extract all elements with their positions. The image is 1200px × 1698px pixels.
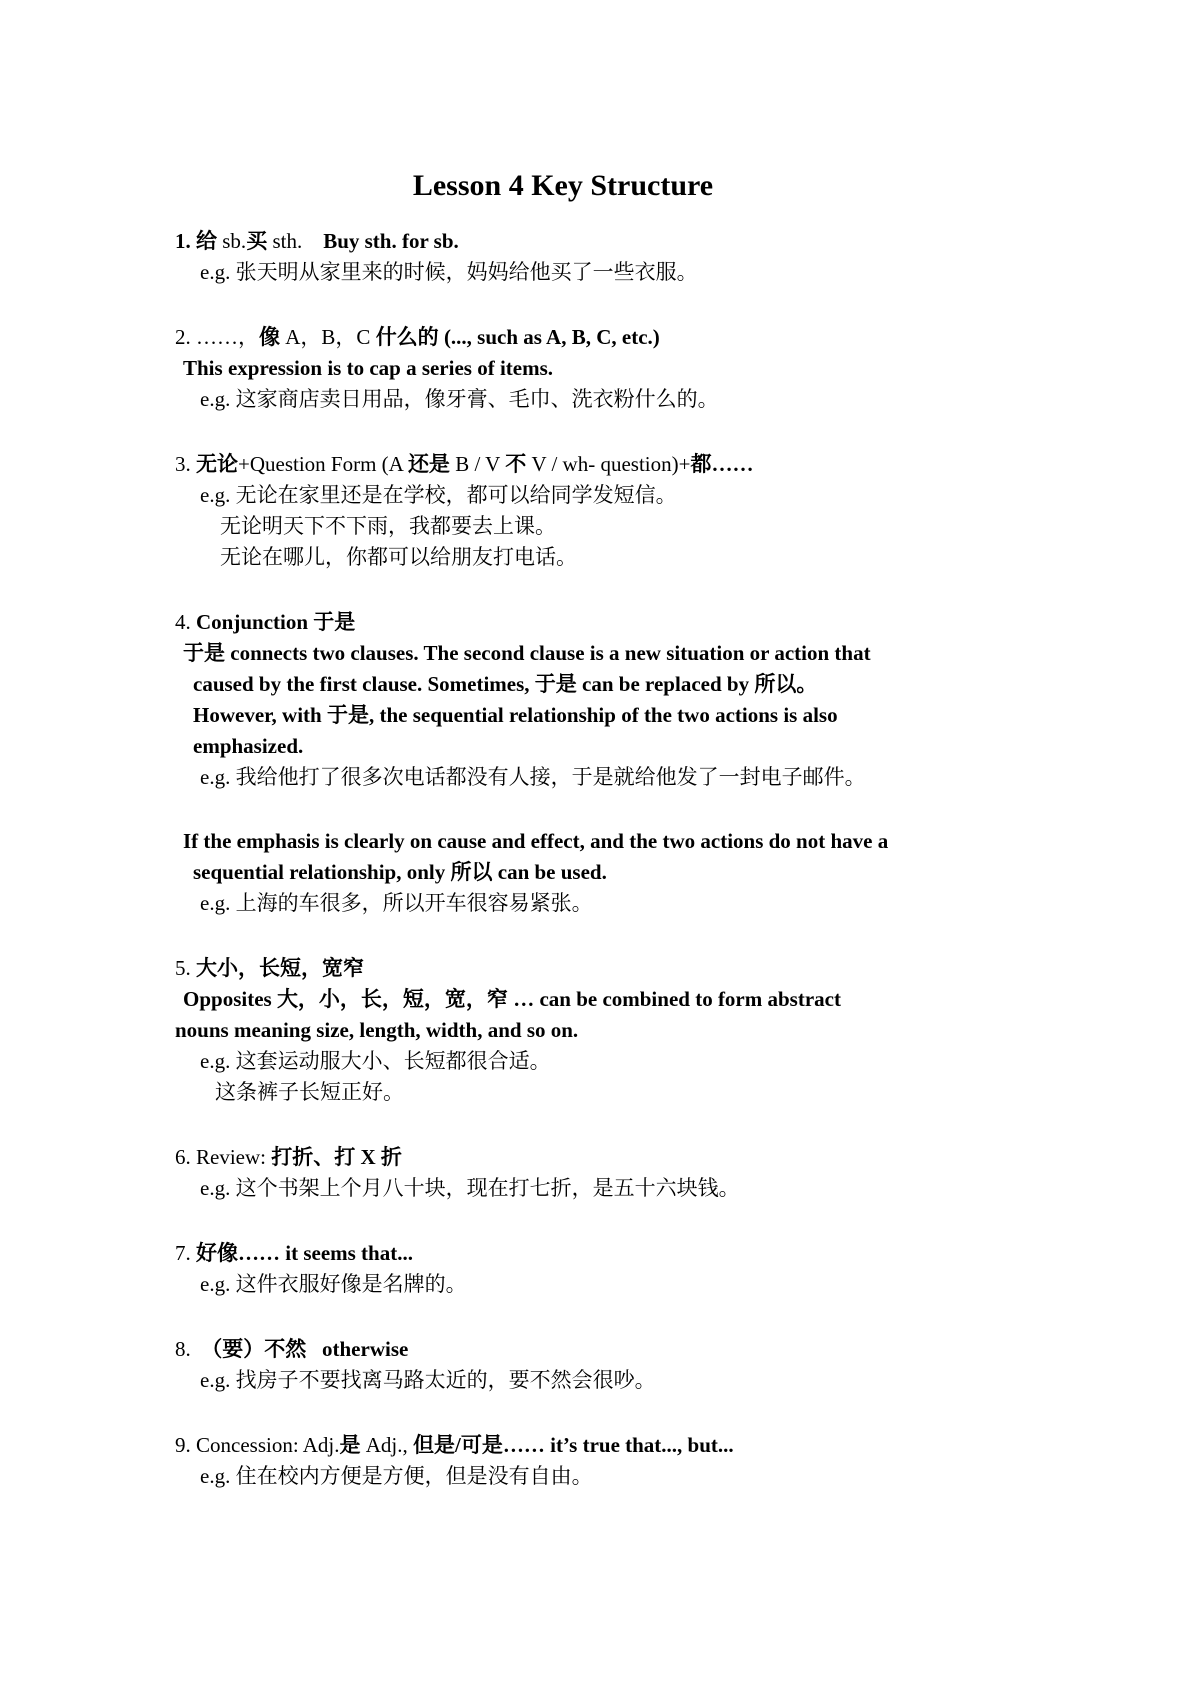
text-run: 都…… <box>690 452 753 476</box>
text-run: 6. Review: <box>175 1145 271 1169</box>
text-run: 大，小，长，短，宽，窄 <box>277 987 508 1011</box>
section-7-heading-line-1: 7. 好像…… it seems that... <box>175 1238 1140 1269</box>
text-run: +Question Form (A <box>238 452 408 476</box>
section-5-explanation-line-2: Opposites 大，小，长，短，宽，窄 … can be combined … <box>175 984 1140 1015</box>
section-2-heading-line-1: 2. ……，像 A，B，C 什么的 (..., such as A, B, C,… <box>175 322 1140 353</box>
section-1: 1. 给 sb.买 sth. Buy sth. for sb.e.g. 张天明从… <box>175 226 1140 288</box>
text-run: However, with <box>193 703 327 727</box>
section-7: 7. 好像…… it seems that...e.g. 这件衣服好像是名牌的。 <box>175 1238 1140 1300</box>
text-run: 无论明天下不下雨，我都要去上课。 <box>220 514 556 538</box>
text-run: e.g. 我给他打了很多次电话都没有人接，于是就给他发了一封电子邮件。 <box>200 765 866 789</box>
text-run: 于是 <box>535 672 577 696</box>
section-9-example-line-2: e.g. 住在校内方便是方便，但是没有自由。 <box>175 1461 1140 1492</box>
page-title: Lesson 4 Key Structure <box>113 168 1013 204</box>
text-run: 这条裤子长短正好。 <box>215 1080 404 1104</box>
text-run: 大小，长短，宽窄 <box>196 956 364 980</box>
text-run: connects two clauses. The second clause … <box>225 641 871 665</box>
text-run: e.g. 张天明从家里来的时候，妈妈给他买了一些衣服。 <box>200 260 698 284</box>
text-run: 无论 <box>196 452 238 476</box>
text-run: 于是 <box>327 703 369 727</box>
text-run: … can be combined to form abstract <box>508 987 841 1011</box>
section-8-example-line-2: e.g. 找房子不要找离马路太近的，要不然会很吵。 <box>175 1365 1140 1396</box>
section-4-example-line-6: e.g. 我给他打了很多次电话都没有人接，于是就给他发了一封电子邮件。 <box>175 762 1140 793</box>
text-run: (..., such as A, B, C, etc.) <box>439 325 660 349</box>
text-run: Adj., <box>361 1433 414 1457</box>
text-run: 不 <box>505 452 526 476</box>
section-8: 8. （要）不然 otherwisee.g. 找房子不要找离马路太近的，要不然会… <box>175 1334 1140 1396</box>
section-3-example-line-4: 无论在哪儿，你都可以给朋友打电话。 <box>175 542 1140 573</box>
text-run: V / wh- question)+ <box>526 452 690 476</box>
text-run: emphasized. <box>193 734 303 758</box>
section-6-example-line-2: e.g. 这个书架上个月八十块，现在打七折，是五十六块钱。 <box>175 1173 1140 1204</box>
section-5-example-line-4: e.g. 这套运动服大小、长短都很合适。 <box>175 1046 1140 1077</box>
section-4-explanation-line-4: However, with 于是, the sequential relatio… <box>175 700 1140 731</box>
section-4-explanation-line-8: sequential relationship, only 所以 can be … <box>175 857 1140 888</box>
text-run: 9. Concession: Adj. <box>175 1433 340 1457</box>
section-3-heading-line-1: 3. 无论+Question Form (A 还是 B / V 不 V / wh… <box>175 449 1140 480</box>
text-run: 是 <box>340 1433 361 1457</box>
text-run: 所以 <box>451 860 493 884</box>
section-4-heading-line-1: 4. Conjunction 于是 <box>175 607 1140 638</box>
text-run: 3. <box>175 452 196 476</box>
text-run: This expression is to cap a series of it… <box>183 356 553 380</box>
section-6-heading-line-1: 6. Review: 打折、打 X 折 <box>175 1142 1140 1173</box>
text-run: 2. ……， <box>175 325 259 349</box>
text-run: e.g. 无论在家里还是在学校，都可以给同学发短信。 <box>200 483 677 507</box>
text-run: it seems that... <box>280 1241 413 1265</box>
text-run: 于是 <box>313 610 355 634</box>
text-run: 给 <box>196 229 217 253</box>
section-8-heading-line-1: 8. （要）不然 otherwise <box>175 1334 1140 1365</box>
text-run: Opposites <box>183 987 277 1011</box>
text-run: 无论在哪儿，你都可以给朋友打电话。 <box>220 545 577 569</box>
text-run: B / V <box>450 452 505 476</box>
text-run: e.g. 住在校内方便是方便，但是没有自由。 <box>200 1464 593 1488</box>
section-5-explanation-line-3: nouns meaning size, length, width, and s… <box>175 1015 1140 1046</box>
section-1-example-line-2: e.g. 张天明从家里来的时候，妈妈给他买了一些衣服。 <box>175 257 1140 288</box>
section-9: 9. Concession: Adj.是 Adj., 但是/可是…… it’s … <box>175 1430 1140 1492</box>
text-run: can be replaced by <box>577 672 755 696</box>
text-run: 8. <box>175 1337 201 1361</box>
text-run: caused by the first clause. Sometimes, <box>193 672 535 696</box>
text-run: 好像…… <box>196 1241 280 1265</box>
section-4-explanation-line-2: 于是 connects two clauses. The second clau… <box>175 638 1140 669</box>
text-run: 像 <box>259 325 280 349</box>
text-run: e.g. 这件衣服好像是名牌的。 <box>200 1272 467 1296</box>
text-run: e.g. 这个书架上个月八十块，现在打七折，是五十六块钱。 <box>200 1176 740 1200</box>
text-run: 打折、打 X 折 <box>271 1145 402 1169</box>
text-run: can be used. <box>493 860 607 884</box>
section-5-example-line-5: 这条裤子长短正好。 <box>175 1077 1140 1108</box>
section-4-explanation-line-3: caused by the first clause. Sometimes, 于… <box>175 669 1140 700</box>
text-run: e.g. 这套运动服大小、长短都很合适。 <box>200 1049 551 1073</box>
section-4-example-line-9: e.g. 上海的车很多，所以开车很容易紧张。 <box>175 888 1140 919</box>
text-run: 4. <box>175 610 196 634</box>
text-run: 买 <box>246 229 267 253</box>
text-run: otherwise <box>306 1337 408 1361</box>
document-body: 1. 给 sb.买 sth. Buy sth. for sb.e.g. 张天明从… <box>175 226 1140 1492</box>
text-run: e.g. 上海的车很多，所以开车很容易紧张。 <box>200 891 593 915</box>
text-run: 于是 <box>183 641 225 665</box>
text-run: 还是 <box>408 452 450 476</box>
section-4-explanation-line-7: If the emphasis is clearly on cause and … <box>175 826 1140 857</box>
text-run: If the emphasis is clearly on cause and … <box>183 829 888 853</box>
section-6: 6. Review: 打折、打 X 折e.g. 这个书架上个月八十块，现在打七折… <box>175 1142 1140 1204</box>
section-2: 2. ……，像 A，B，C 什么的 (..., such as A, B, C,… <box>175 322 1140 415</box>
text-run: it’s true that..., but... <box>545 1433 734 1457</box>
text-run: A，B，C <box>280 325 376 349</box>
text-run: 5. <box>175 956 196 980</box>
text-run: , the sequential relationship of the two… <box>369 703 838 727</box>
text-run: （要）不然 <box>201 1337 306 1361</box>
section-2-example-line-3: e.g. 这家商店卖日用品，像牙膏、毛巾、洗衣粉什么的。 <box>175 384 1140 415</box>
section-3-example-line-3: 无论明天下不下雨，我都要去上课。 <box>175 511 1140 542</box>
text-run: e.g. 找房子不要找离马路太近的，要不然会很吵。 <box>200 1368 656 1392</box>
section-9-heading-line-1: 9. Concession: Adj.是 Adj., 但是/可是…… it’s … <box>175 1430 1140 1461</box>
section-5: 5. 大小，长短，宽窄Opposites 大，小，长，短，宽，窄 … can b… <box>175 953 1140 1108</box>
text-run: sequential relationship, only <box>193 860 451 884</box>
section-4-explanation-line-5: emphasized. <box>175 731 1140 762</box>
section-3-example-line-2: e.g. 无论在家里还是在学校，都可以给同学发短信。 <box>175 480 1140 511</box>
section-7-example-line-2: e.g. 这件衣服好像是名牌的。 <box>175 1269 1140 1300</box>
text-run: Conjunction <box>196 610 313 634</box>
section-2-explanation-line-2: This expression is to cap a series of it… <box>175 353 1140 384</box>
text-run: e.g. 这家商店卖日用品，像牙膏、毛巾、洗衣粉什么的。 <box>200 387 719 411</box>
text-run: 所以。 <box>754 672 817 696</box>
section-3: 3. 无论+Question Form (A 还是 B / V 不 V / wh… <box>175 449 1140 573</box>
text-run: sb. <box>217 229 246 253</box>
text-run: 1. <box>175 229 196 253</box>
section-1-heading-line-1: 1. 给 sb.买 sth. Buy sth. for sb. <box>175 226 1140 257</box>
document-page: Lesson 4 Key Structure 1. 给 sb.买 sth. Bu… <box>0 0 1200 1698</box>
text-run: nouns meaning size, length, width, and s… <box>175 1018 578 1042</box>
section-5-heading-line-1: 5. 大小，长短，宽窄 <box>175 953 1140 984</box>
text-run: Buy sth. for sb. <box>323 229 459 253</box>
text-run: sth. <box>267 229 323 253</box>
text-run: 7. <box>175 1241 196 1265</box>
section-4: 4. Conjunction 于是于是 connects two clauses… <box>175 607 1140 919</box>
text-run: 但是/可是…… <box>413 1433 545 1457</box>
text-run: 什么的 <box>376 325 439 349</box>
